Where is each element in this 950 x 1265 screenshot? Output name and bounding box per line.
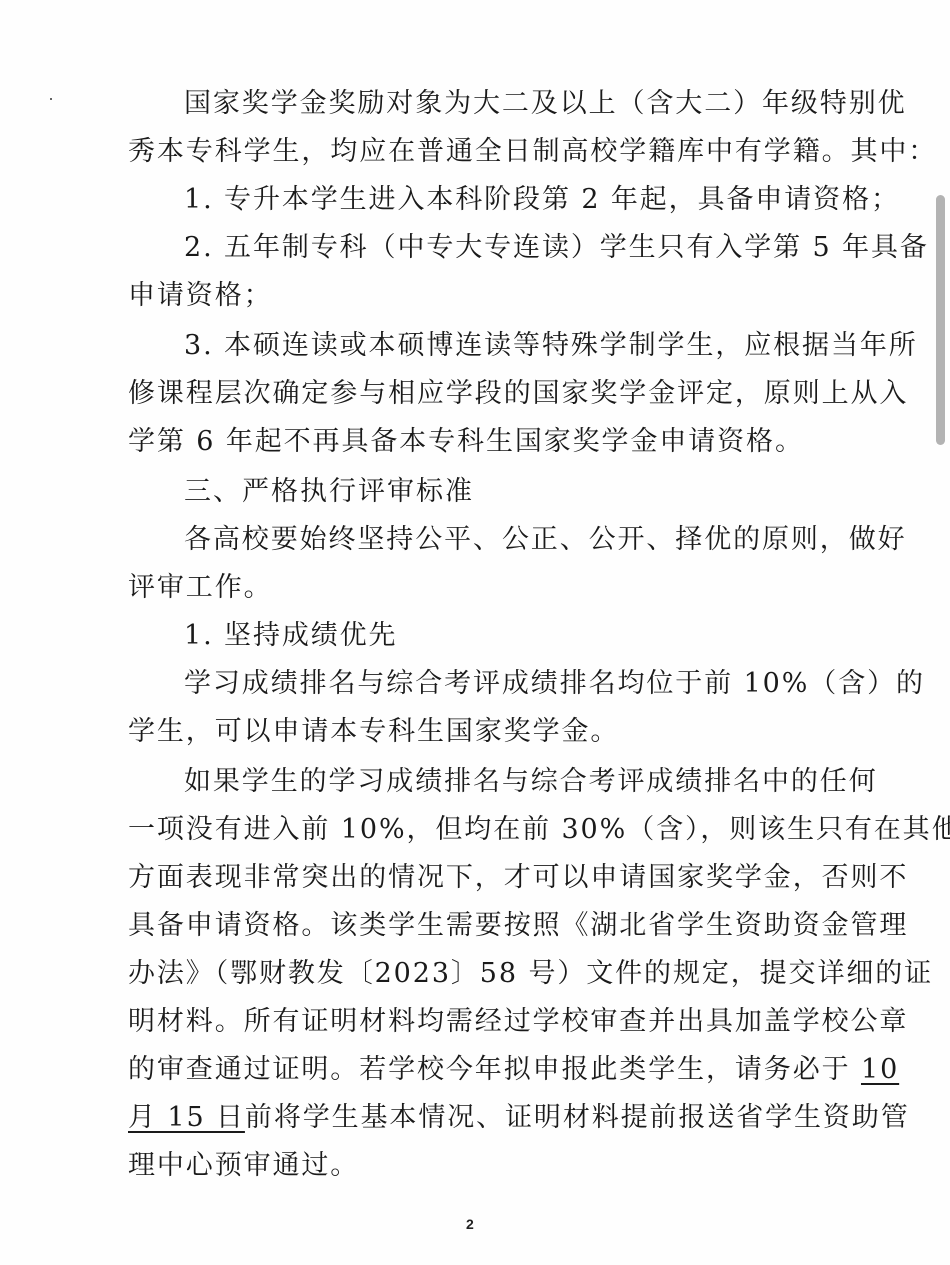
list-item-2: 2. 五年制专科（中专大专连读）学生只有入学第 5 年具备	[184, 224, 818, 272]
scan-speck	[50, 98, 52, 100]
paragraph-line: 一项没有进入前 10%，但均在前 30%（含），则该生只有在其他	[128, 806, 818, 854]
paragraph-line: 明材料。所有证明材料均需经过学校审查并出具加盖学校公章	[128, 998, 818, 1046]
line-text: 的审查通过证明。若学校今年拟申报此类学生，请务必于	[128, 1054, 861, 1085]
page-number: 2	[466, 1216, 474, 1232]
vertical-scrollbar[interactable]	[934, 0, 946, 1265]
document-page: 国家奖学金奖励对象为大二及以上（含大二）年级特别优 秀本专科学生，均应在普通全日…	[0, 0, 950, 1265]
paragraph-line: 学习成绩排名与综合考评成绩排名均位于前 10%（含）的	[184, 660, 818, 708]
paragraph-line: 方面表现非常突出的情况下，才可以申请国家奖学金，否则不	[128, 854, 818, 902]
paragraph-line: 的审查通过证明。若学校今年拟申报此类学生，请务必于 10	[128, 1046, 818, 1094]
paragraph-line: 各高校要始终坚持公平、公正、公开、择优的原则，做好	[184, 516, 818, 564]
section-heading: 三、严格执行评审标准	[184, 468, 474, 516]
paragraph-line: 理中心预审通过。	[128, 1142, 359, 1190]
deadline-underlined: 月 15 日	[128, 1102, 245, 1133]
paragraph-line: 评审工作。	[128, 564, 273, 612]
subsection-heading: 1. 坚持成绩优先	[184, 612, 397, 660]
paragraph-line: 国家奖学金奖励对象为大二及以上（含大二）年级特别优	[184, 80, 818, 128]
line-text: 前将学生基本情况、证明材料提前报送省学生资助管	[245, 1102, 910, 1133]
paragraph-line: 学生，可以申请本专科生国家奖学金。	[128, 708, 619, 756]
paragraph-line: 秀本专科学生，均应在普通全日制高校学籍库中有学籍。其中：	[128, 128, 818, 176]
paragraph-line: 月 15 日前将学生基本情况、证明材料提前报送省学生资助管	[128, 1094, 818, 1142]
paragraph-line: 申请资格；	[128, 272, 273, 320]
paragraph-line: 如果学生的学习成绩排名与综合考评成绩排名中的任何	[184, 758, 818, 806]
paragraph-line: 学第 6 年起不再具备本专科生国家奖学金申请资格。	[128, 418, 804, 466]
scrollbar-thumb[interactable]	[936, 195, 945, 445]
deadline-underlined: 10	[861, 1054, 899, 1085]
list-item-1: 1. 专升本学生进入本科阶段第 2 年起，具备申请资格；	[184, 176, 900, 224]
list-item-3: 3. 本硕连读或本硕博连读等特殊学制学生，应根据当年所	[184, 322, 818, 370]
paragraph-line: 办法》（鄂财教发〔2023〕58 号）文件的规定，提交详细的证	[128, 950, 818, 998]
paragraph-line: 具备申请资格。该类学生需要按照《湖北省学生资助资金管理	[128, 902, 818, 950]
paragraph-line: 修课程层次确定参与相应学段的国家奖学金评定，原则上从入	[128, 370, 818, 418]
